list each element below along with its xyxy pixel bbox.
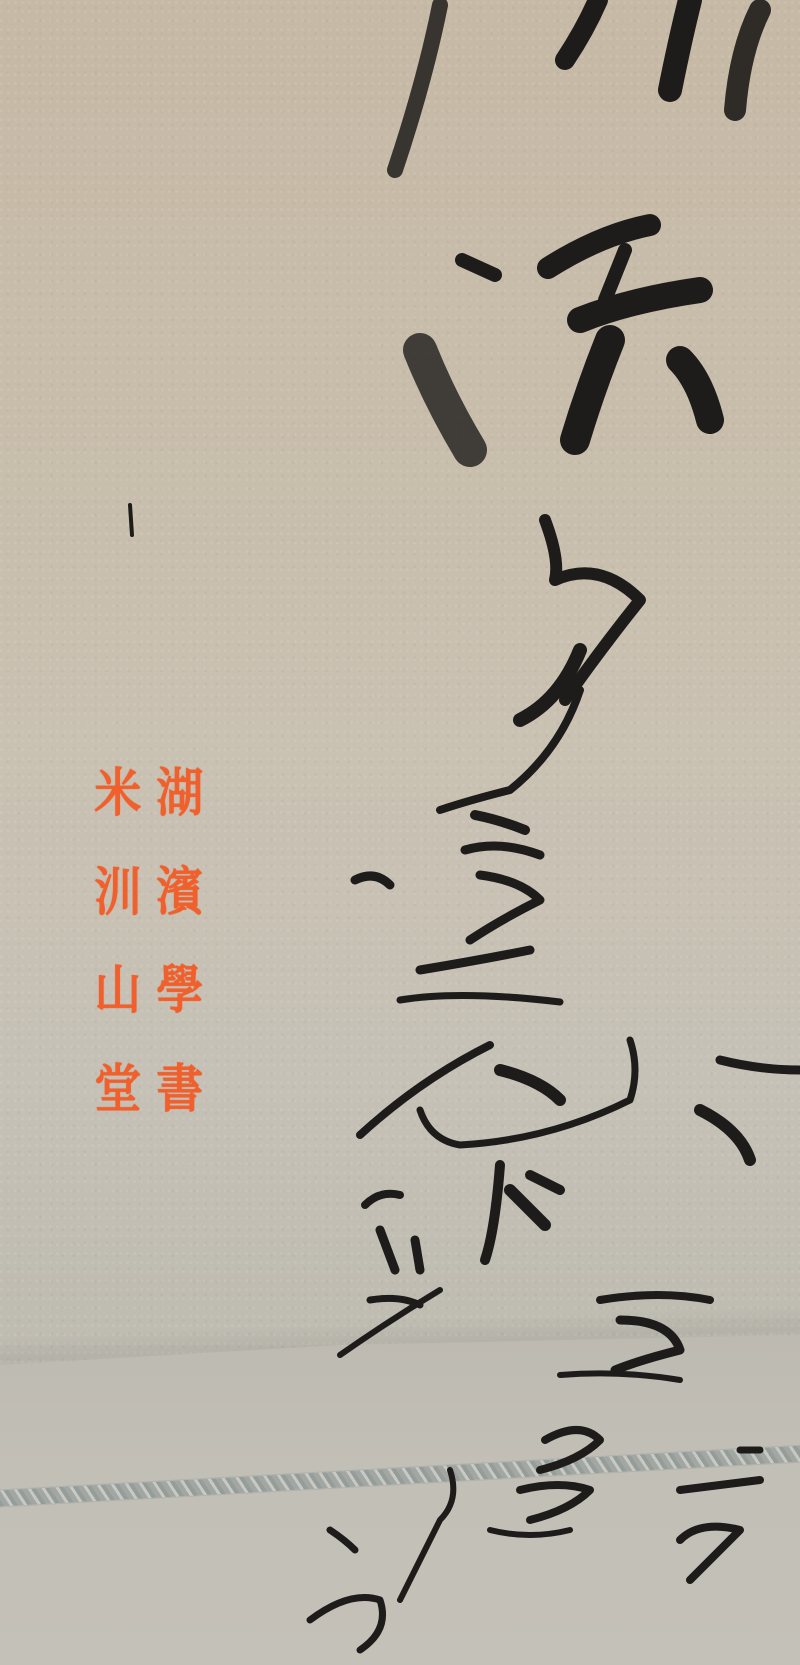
brush-stroke	[365, 1194, 400, 1205]
brush-stroke	[670, 0, 690, 90]
brush-stroke	[310, 1598, 383, 1651]
red-seal: 湖 濱 學 書 米 汌 山 堂	[88, 768, 206, 1116]
brush-stroke	[485, 1165, 500, 1260]
seal-char: 濱	[153, 867, 203, 919]
brush-stroke	[720, 1060, 800, 1070]
seal-char: 山	[91, 965, 141, 1017]
brush-stroke	[600, 1295, 710, 1300]
brush-stroke	[380, 1230, 395, 1270]
brush-stroke	[575, 340, 610, 440]
brush-stroke	[530, 1175, 560, 1190]
brush-stroke	[540, 1430, 600, 1470]
brush-stroke	[420, 1040, 635, 1145]
brush-stroke	[510, 1190, 545, 1225]
brush-stroke	[548, 225, 650, 268]
brush-stroke	[400, 995, 560, 1002]
brush-stroke	[545, 520, 640, 700]
brush-stroke	[395, 5, 440, 170]
seal-char: 書	[153, 1064, 203, 1116]
brush-stroke	[462, 260, 495, 275]
seal-char: 汌	[91, 867, 141, 919]
brush-stroke	[330, 1530, 355, 1550]
brush-stroke	[560, 1373, 680, 1380]
brush-stroke	[415, 1240, 420, 1270]
brush-stroke	[520, 1485, 590, 1520]
brush-stroke	[440, 690, 580, 810]
brush-stroke	[420, 950, 530, 970]
calligraphy-scroll-photo: 湖 濱 學 書 米 汌 山 堂 永 多 處 須 醉	[0, 0, 800, 1665]
brush-stroke	[400, 1470, 453, 1600]
seal-char: 米	[91, 768, 141, 820]
brush-stroke	[465, 846, 540, 855]
brush-stroke	[470, 875, 540, 940]
brush-stroke	[580, 290, 700, 320]
seal-char: 學	[153, 965, 203, 1017]
brush-stroke	[700, 1110, 750, 1160]
brush-stroke	[490, 1530, 570, 1535]
brush-stroke	[680, 1527, 740, 1580]
brush-stroke	[355, 876, 390, 885]
brush-stroke	[565, 0, 598, 60]
brush-stroke	[500, 1070, 560, 1100]
brush-stroke	[420, 350, 470, 450]
seal-right-column: 湖 濱 學 書	[150, 768, 206, 1116]
brush-stroke	[680, 360, 710, 420]
brush-stroke	[475, 815, 525, 830]
seal-left-column: 米 汌 山 堂	[88, 768, 144, 1116]
brush-stroke	[735, 10, 760, 110]
seal-char: 堂	[91, 1064, 141, 1116]
brush-stroke	[680, 1480, 760, 1490]
ink-dot	[130, 505, 132, 535]
brush-stroke	[615, 1320, 680, 1370]
seal-char: 湖	[153, 768, 203, 820]
